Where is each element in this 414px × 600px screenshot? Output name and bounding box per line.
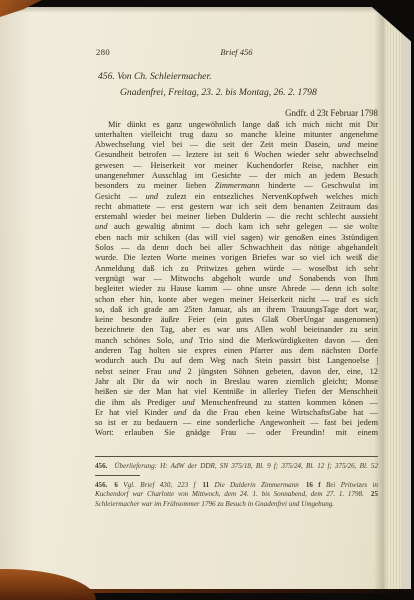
text-line: Gesicht — und zulezt ein entsezliches Ne… <box>95 192 378 202</box>
text-line: 5Gesundheit betrofen — leztere ist seit … <box>95 150 378 160</box>
letter-body: Mir dünkt es ganz ungewöhnlich lange daß… <box>95 120 378 439</box>
text-segment: Bei Pritwizes in <box>326 481 378 489</box>
folio-number: 280 <box>96 47 110 57</box>
text-segment: und <box>278 274 291 283</box>
text-segment: nebst seiner Frau <box>95 367 168 376</box>
text-line: Solos — da denn doch bei aller Schwachhe… <box>95 243 378 253</box>
text-line: 25wodurch auch Du auf dem Weg nach Stein… <box>95 356 378 366</box>
text-segment: eben nach mir schiken (das will viel sag… <box>95 233 378 242</box>
text-segment: Gesicht — <box>95 192 146 201</box>
text-segment: vergnügt war — Mitwochs abgeholt wurde <box>95 274 278 283</box>
apparatus-line: Schleiermacher war im Frühsommer 1796 zu… <box>95 499 378 509</box>
text-segment: unterhalten vielleicht trug dazu so manc… <box>95 130 378 139</box>
text-line: Jahr alt Dir da wir noch in Breslau ware… <box>95 377 378 387</box>
text-line: schon eher hin, konte aber wegen meiner … <box>95 295 378 305</box>
letter-heading: 456. Von Ch. Schleiermacher. Gnadenfrei,… <box>95 72 378 99</box>
text-segment: Überlieferung: H: AdW der DDR, SN 375/18… <box>114 462 378 470</box>
letter-heading-line2: Gnadenfrei, Freitag, 23. 2. bis Montag, … <box>95 88 378 99</box>
text-segment: erstemahl wieder bei meiner lieben Dulde… <box>95 212 378 221</box>
text-line: eben nach mir schiken (das will viel sag… <box>95 233 378 243</box>
text-segment: so ist er zu bedauern — eine sonderliche… <box>95 418 378 427</box>
text-line: unterhalten vielleicht trug dazu so manc… <box>95 130 378 140</box>
text-segment: und <box>95 222 108 231</box>
book-page: 280 Brief 456 456. Von Ch. Schleiermache… <box>0 7 411 591</box>
text-line: Anmeldung daß ich zu Pritwizes gehen wür… <box>95 264 378 274</box>
text-segment: begleitet wieder zu Hause kamm — ohne un… <box>95 284 337 293</box>
text-segment: so, daß ich grade am 25ten Januar, als a… <box>95 305 378 314</box>
text-segment: manch schönes Solo, <box>95 336 180 345</box>
text-segment: Jahr alt Dir da wir noch in Breslau ware… <box>95 377 378 386</box>
page-content: 280 Brief 456 456. Von Ch. Schleiermache… <box>95 47 378 509</box>
text-segment: hinderte — Geschwulst im <box>260 181 378 190</box>
text-line: und auch gewaltig abnimt — doch kam ich … <box>95 222 378 232</box>
bottom-edge-shadow <box>70 589 414 593</box>
text-segment: heißen sie der Man hat viel Kentniße in … <box>95 387 378 396</box>
text-segment: keine besondre äußre Feier (ein gutes Gl… <box>95 315 378 324</box>
text-segment: Mir dünkt es ganz ungewöhnlich lange daß… <box>108 120 378 129</box>
text-segment: und <box>146 192 159 201</box>
running-head: Brief 456 <box>95 47 378 57</box>
text-segment: Er hat viel Kinder <box>95 408 174 417</box>
text-line: 20so, daß ich grade am 25ten Januar, als… <box>95 305 378 315</box>
text-line: vergnügt war — Mitwochs abgeholt wurde u… <box>95 274 378 284</box>
text-line: 30Er hat viel Kinder und da die Frau ebe… <box>95 408 378 418</box>
page-gutter-shade <box>0 7 34 591</box>
text-segment: und <box>180 336 193 345</box>
text-segment: gewesen — Heiserkeit vor meiner Kuchendo… <box>95 161 378 170</box>
text-line: besonders zu meiner lieben Zimmermann hi… <box>95 181 378 191</box>
text-segment: Die Dulderin Zimmermann <box>214 481 298 489</box>
apparatus-ueberlieferung: 456.Überlieferung: H: AdW der DDR, SN 37… <box>95 461 378 471</box>
letter-heading-line1: 456. Von Ch. Schleiermacher. <box>95 72 378 83</box>
text-segment: die ihm als Prediger <box>95 398 182 407</box>
text-segment: Kuchendorf war Charlotte von Mittwoch, d… <box>95 490 364 498</box>
apparatus-rule-long <box>95 456 378 457</box>
text-line: manch schönes Solo, und Trio sind die Me… <box>95 336 378 346</box>
text-segment: 2 jüngsten Söhnen gebeten, davon der, ei… <box>181 367 378 376</box>
text-line: Wort: erlauben Sie gnädge Frau — oder Fr… <box>95 428 378 438</box>
text-line: 15wurde. Die lezten Worte meines vorigen… <box>95 253 378 263</box>
text-line: Abwechselung viel bei — die seit der Zei… <box>95 140 378 150</box>
text-line: anderen Tag holten sie expres einen Pfar… <box>95 346 378 356</box>
text-segment: und <box>182 398 195 407</box>
text-segment: meine <box>350 140 378 149</box>
text-segment: doch bei aller Schwachheit das nötige ab… <box>169 243 378 252</box>
text-line: heißen sie der Man hat viel Kentniße in … <box>95 387 378 397</box>
apparatus-line: Kuchendorf war Charlotte von Mittwoch, d… <box>95 489 378 499</box>
text-segment: bezeichnete den Tag, aber es war uns All… <box>95 325 378 334</box>
text-line: gewesen — Heiserkeit vor meiner Kuchendo… <box>95 161 378 171</box>
text-line: unangenehmer Ausschlag im Gesichte — der… <box>95 171 378 181</box>
text-segment: unangenehmer Ausschlag im Gesichte — der… <box>95 171 378 180</box>
text-segment: Sonabends von Ihm <box>291 274 378 283</box>
letter-dateline: Gndfr. d 23t Februar 1798 <box>95 108 378 118</box>
text-segment: recht abmattete — erst gestern war ich s… <box>95 202 378 211</box>
text-segment: zulezt ein entsezliches NervenKopfweh we… <box>158 192 378 201</box>
fore-edge-outer <box>401 7 411 591</box>
text-segment: 25 <box>371 490 378 498</box>
text-segment: und <box>168 367 181 376</box>
text-segment: besonders zu meiner lieben <box>95 181 215 190</box>
text-segment: Trio sind die Merkwürdigkeiten davon — d… <box>193 336 378 345</box>
text-line: so ist er zu bedauern — eine sonderliche… <box>95 418 378 428</box>
text-segment: Anmeldung daß ich zu Pritwizes gehen wür… <box>95 264 378 273</box>
text-segment: Wort: erlauben Sie gnädge Frau — oder Fr… <box>95 428 378 437</box>
page-top-shadow <box>0 7 411 13</box>
apparatus-line: 456.6 Vgl. Brief 430, 223 f11 Die Dulder… <box>95 480 378 490</box>
text-segment: Solos — da den <box>95 243 165 252</box>
text-segment: da die Frau eben keine WirtschaftsGabe h… <box>186 408 378 417</box>
text-segment: wurde. Die lezten Worte meines vorigen B… <box>95 253 378 262</box>
text-segment: ich solte <box>341 284 378 293</box>
text-line: Mir dünkt es ganz ungewöhnlich lange daß… <box>95 120 378 130</box>
text-line: nebst seiner Frau und 2 jüngsten Söhnen … <box>95 367 378 377</box>
text-segment: 456. <box>95 481 107 489</box>
text-segment: und <box>174 408 187 417</box>
text-line: begleitet wieder zu Hause kamm — ohne un… <box>95 284 378 294</box>
text-segment: und <box>338 140 351 149</box>
text-segment: 16 f <box>306 481 321 489</box>
fore-edge-pages <box>387 7 401 591</box>
apparatus-commentary: 456.6 Vgl. Brief 430, 223 f11 Die Dulder… <box>95 480 378 509</box>
text-line: keine besondre äußre Feier (ein gutes Gl… <box>95 315 378 325</box>
text-segment: wodurch auch Du auf dem Weg nach Stein p… <box>95 356 378 365</box>
text-line: bezeichnete den Tag, aber es war uns All… <box>95 325 378 335</box>
apparatus-rule-short <box>95 475 140 476</box>
text-segment: Vgl. Brief 430, 223 f <box>123 481 195 489</box>
text-segment: anderen Tag holten sie expres einen Pfar… <box>95 346 378 355</box>
text-segment: auch gewaltig abnimt — doch kam ich sehr… <box>108 222 378 231</box>
text-segment: 456. <box>95 462 107 470</box>
text-segment: Schleiermacher war im Frühsommer 1796 zu… <box>95 500 334 508</box>
text-line: erstemahl wieder bei meiner lieben Dulde… <box>95 212 378 222</box>
text-segment: Gesundheit betrofen — leztere ist seit 6… <box>95 150 378 159</box>
text-segment: Menschenfreund zu statten kommen könen — <box>195 398 378 407</box>
scanned-book-photo: { "page": { "folio": "280", "running_hea… <box>0 0 414 600</box>
text-line: die ihm als Prediger und Menschenfreund … <box>95 398 378 408</box>
text-segment: Abwechselung viel bei — die seit der Zei… <box>95 140 338 149</box>
page-header: 280 Brief 456 <box>95 47 378 57</box>
text-segment: Zimmermann <box>215 181 260 190</box>
text-line: 10recht abmattete — erst gestern war ich… <box>95 202 378 212</box>
text-segment: schon eher hin, konte aber wegen meiner … <box>95 295 378 304</box>
